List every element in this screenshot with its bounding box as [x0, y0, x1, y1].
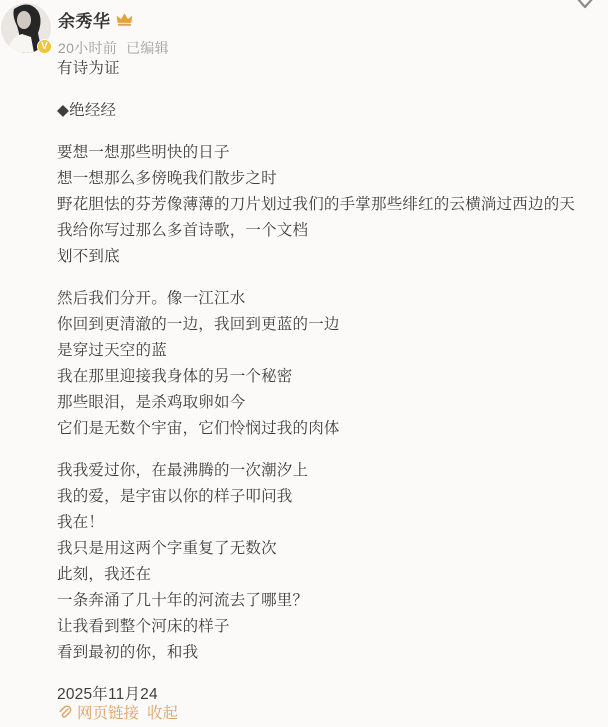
poem-line: 是穿过天空的蓝: [57, 338, 590, 364]
poem-line: 我只是用这两个字重复了无数次: [57, 536, 590, 562]
web-link[interactable]: 网页链接: [77, 701, 139, 723]
poem-line: 那些眼泪，是杀鸡取卵如今: [57, 390, 590, 416]
poem-line: [57, 442, 590, 458]
poem-line: 让我看到整个河床的样子: [57, 614, 590, 640]
poem-line: 我的爱，是宇宙以你的样子叩问我: [57, 484, 590, 510]
username[interactable]: 余秀华: [58, 7, 111, 32]
poem-line: 野花胆怯的芬芳像薄薄的刀片划过我们的手掌那些绯红的云横淌过西边的天: [57, 192, 590, 218]
poem-line: 我给你写过那么多首诗歌，一个文档: [57, 218, 590, 244]
poem-line: 此刻，我还在: [57, 562, 590, 588]
poem-line: 划不到底: [57, 244, 590, 270]
poem-line: 我我爱过你，在最沸腾的一次潮汐上: [57, 458, 590, 484]
poem-line: 要想一想那些明快的日子: [57, 140, 590, 166]
post-text: 有诗为证◆绝经经要想一想那些明快的日子想一想那么多傍晚我们散步之时野花胆怯的芬芳…: [57, 56, 590, 708]
poem-line: ◆绝经经: [57, 98, 590, 124]
poem-line: 它们是无数个宇宙，它们怜悯过我的肉体: [57, 416, 590, 442]
post-footer: 网页链接 收起: [57, 701, 178, 723]
post-header: 余秀华 20小时前已编辑: [58, 7, 178, 58]
poem-line: 我在！: [57, 510, 590, 536]
link-icon: [57, 705, 72, 720]
poem-line: 我在那里迎接我身体的另一个秘密: [57, 364, 590, 390]
poem-line: 有诗为证: [57, 56, 590, 82]
chevron-down-icon[interactable]: [575, 0, 595, 10]
poem-line: [57, 124, 590, 140]
post-timestamp: 20小时前: [58, 40, 117, 56]
poem-line: [57, 666, 590, 682]
vip-crown-icon: [116, 12, 133, 27]
poem-line: 想一想那么多傍晚我们散步之时: [57, 166, 590, 192]
verified-badge-icon: V: [37, 39, 52, 54]
poem-line: 看到最初的你，和我: [57, 640, 590, 666]
edited-label: 已编辑: [126, 40, 169, 56]
poem-line: 你回到更清澈的一边，我回到更蓝的一边: [57, 312, 590, 338]
poem-line: [57, 270, 590, 286]
weibo-post: V 余秀华 20小时前已编辑 有诗为证◆绝经经要想一想那些明快的日子想一想那么多…: [0, 0, 608, 727]
poem-line: 然后我们分开。像一江江水: [57, 286, 590, 312]
poem-line: [57, 82, 590, 98]
avatar[interactable]: V: [1, 3, 51, 53]
poem-line: 一条奔涌了几十年的河流去了哪里？: [57, 588, 590, 614]
collapse-button[interactable]: 收起: [147, 701, 178, 723]
